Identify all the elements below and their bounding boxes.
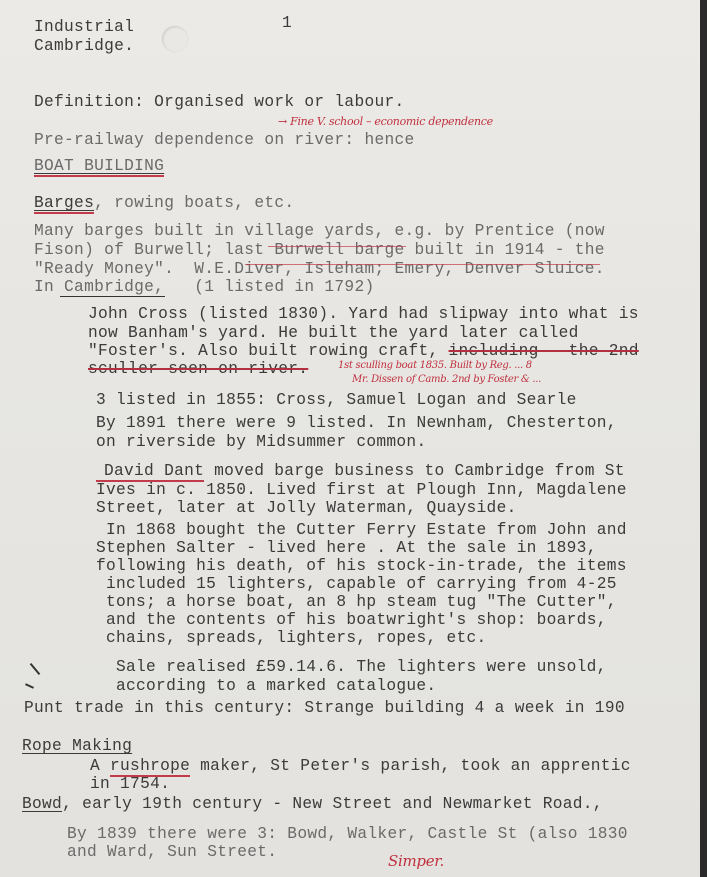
cross-line-2: now Banham's yard. He built the yard lat… [88, 324, 579, 342]
listed-1891-line-2: on riverside by Midsummer common. [96, 433, 426, 451]
bowd-name: Bowd [22, 795, 62, 813]
cross-line-3: "Foster's. Also built rowing craft, incl… [88, 342, 639, 360]
dant-line-5: Stephen Salter - lived here . At the sal… [96, 539, 597, 557]
heading-boat-building: BOAT BUILDING [34, 157, 164, 175]
dant-line-4: In 1868 bought the Cutter Ferry Estate f… [96, 521, 627, 539]
document-page: Industrial Cambridge. 1 Definition: Orga… [0, 0, 700, 877]
punch-hole [162, 26, 188, 52]
dant-line-8: tons; a horse boat, an 8 hp steam tug "T… [96, 593, 617, 611]
struck-sculler: sculler seen on river. [88, 360, 308, 378]
para1-line-1: Many barges built in village yards, e.g.… [34, 222, 605, 240]
cross-line-1: John Cross (listed 1830). Yard had slipw… [88, 305, 639, 323]
rushrope-pre: A [90, 757, 110, 775]
by1839-line-1: By 1839 there were 3: Bowd, Walker, Cast… [67, 825, 628, 843]
dant-line-1: David Dant moved barge business to Cambr… [96, 462, 625, 480]
rope-heading-text: Rope Making [22, 737, 132, 755]
heading-text: BOAT BUILDING [34, 157, 164, 177]
annotation-economic-dependence: → Fine V. school – economic dependence [278, 115, 493, 128]
dant-line-9: and the contents of his boatwright's sho… [96, 611, 607, 629]
margin-mark [25, 683, 34, 689]
underline-cambridge [60, 296, 165, 297]
para1-line-3: "Ready Money". W.E.Diver, Isleham; Emery… [34, 260, 605, 278]
dant-name: David Dant [96, 462, 204, 482]
dant-line-10: chains, spreads, lighters, ropes, etc. [96, 629, 487, 647]
dant-line-1-text: moved barge business to Cambridge from S… [204, 462, 625, 480]
dant-line-2: Ives in c. 1850. Lived first at Plough I… [96, 481, 627, 499]
sale-line-2: according to a marked catalogue. [116, 677, 436, 695]
barges-heading: Barges [34, 194, 94, 214]
title-line-2: Cambridge. [34, 37, 134, 55]
title-line-1: Industrial [34, 18, 134, 36]
cross-line-3-text: "Foster's. Also built rowing craft, [88, 342, 449, 360]
punt-trade: Punt trade in this century: Strange buil… [24, 699, 625, 717]
page-number: 1 [282, 14, 292, 32]
sale-line-1: Sale realised £59.14.6. The lighters wer… [116, 658, 607, 676]
rushrope-rest: maker, St Peter's parish, took an appren… [190, 757, 631, 775]
prerailway: Pre-railway dependence on river: hence [34, 131, 415, 149]
bowd-line: Bowd, early 19th century - New Street an… [22, 795, 603, 813]
red-underline-last-burwell [245, 264, 600, 265]
annotation-sculling-1: 1st sculling boat 1835. Built by Reg. ..… [338, 360, 532, 371]
definition: Definition: Organised work or labour. [34, 93, 405, 111]
by1839-line-2: and Ward, Sun Street. [67, 843, 277, 861]
barges-rest: , rowing boats, etc. [94, 194, 294, 212]
dant-line-6: following his death, of his stock-in-tra… [96, 557, 627, 575]
para1-line-2: Fison) of Burwell; last Burwell barge bu… [34, 241, 605, 259]
bowd-rest: , early 19th century - New Street and Ne… [62, 795, 603, 813]
listed-1891-line-1: By 1891 there were 9 listed. In Newnham,… [96, 414, 617, 432]
para1-line-4: In Cambridge, (1 listed in 1792) [34, 278, 374, 296]
heading-rope-making: Rope Making [22, 737, 132, 755]
margin-mark [30, 663, 41, 675]
cross-line-4: sculler seen on river. [88, 360, 308, 378]
annotation-sculling-2: Mr. Dissen of Camb. 2nd by Foster & ... [352, 374, 541, 385]
dant-line-7: included 15 lighters, capable of carryin… [96, 575, 617, 593]
annotation-simper: Simper. [388, 852, 444, 870]
rushrope-word: rushrope [110, 757, 190, 777]
struck-text: including the 2nd [449, 342, 639, 360]
listed-1855: 3 listed in 1855: Cross, Samuel Logan an… [96, 391, 577, 409]
rushrope-line-1: A rushrope maker, St Peter's parish, too… [90, 757, 631, 775]
barges-line: Barges, rowing boats, etc. [34, 194, 294, 212]
page-edge-shadow [700, 0, 707, 877]
rushrope-line-2: in 1754. [90, 775, 170, 793]
red-underline-village-yards [268, 246, 406, 247]
dant-line-3: Street, later at Jolly Waterman, Quaysid… [96, 499, 517, 517]
